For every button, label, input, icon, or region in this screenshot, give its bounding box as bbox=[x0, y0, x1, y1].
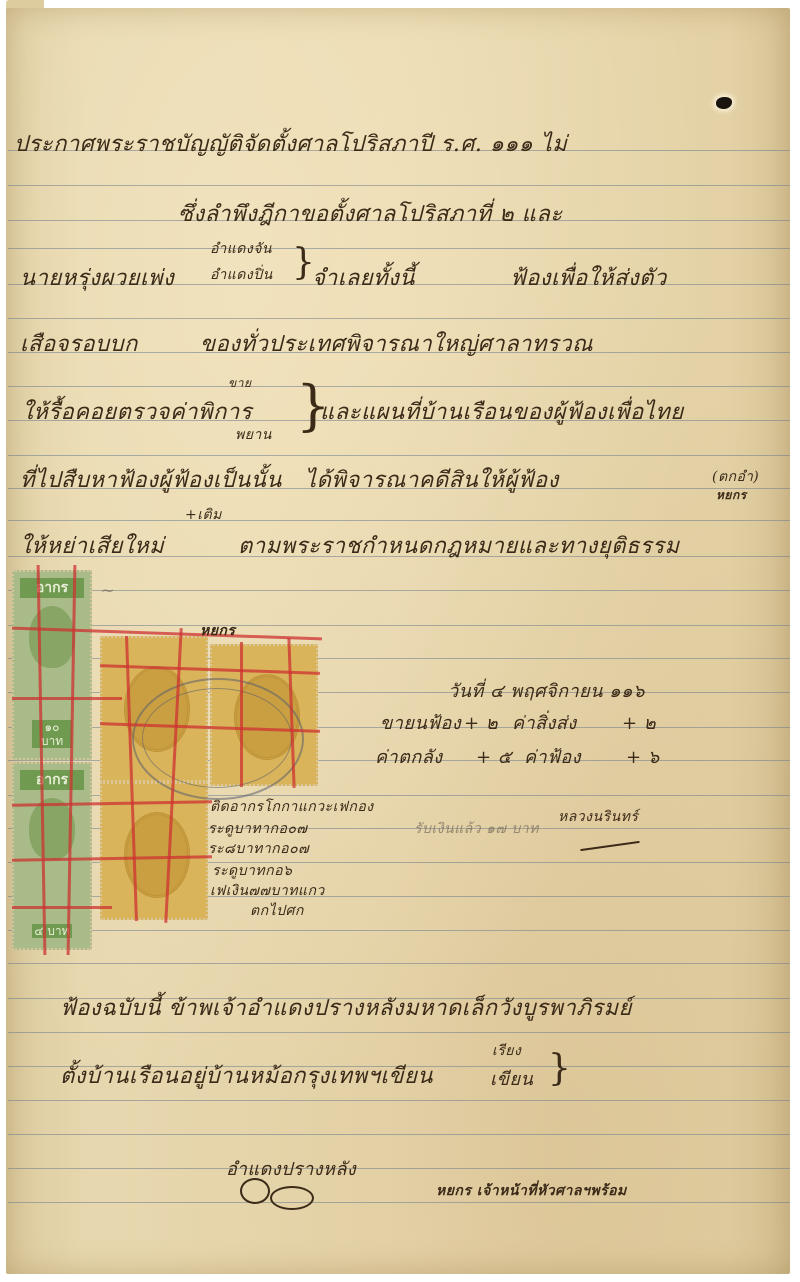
writer-note: หยกร เจ้าหน้าที่หัวศาลฯพร้อม bbox=[436, 1180, 627, 1202]
annotation-line: ระดูบาทกอ๖ bbox=[212, 860, 292, 882]
postmark-ring-inner bbox=[142, 688, 292, 788]
fee-row-1-label: ขายนฟ้อง bbox=[380, 708, 461, 737]
fee-row-1-value-2: + ๒ bbox=[622, 708, 656, 737]
header-line-2: ซึ่งลำพึงฎีกาขอตั้งศาลโปริสภาที่ ๒ และ bbox=[178, 196, 563, 231]
body-line-3-plaintiff: นายหรุ่งผวยเพ่ง bbox=[20, 260, 174, 295]
body-line-6-b: ได้พิจารณาคดีสินให้ผู้ฟ้อง bbox=[305, 462, 559, 497]
body-line-7-insert: +เติม bbox=[185, 504, 222, 526]
fee-row-2-value: + ๕ bbox=[476, 742, 512, 771]
clerk-signature: หลวงนรินทร์ bbox=[558, 806, 638, 828]
body-line-4-a: เสือจรอบบก bbox=[20, 326, 138, 361]
stamp-green-10-baht: อากร ๑๐ บาท bbox=[12, 570, 92, 760]
annotation-line: ระ๘บาทากอ๐๗ bbox=[208, 838, 309, 860]
fee-row-1-value: + ๒ bbox=[464, 708, 498, 737]
bleed-through-text: ~ bbox=[100, 580, 116, 601]
body-line-3-defendants: จำเลยทั้งนี้ bbox=[312, 260, 415, 295]
stamp-green-4-baht: อากร ๔ บาท bbox=[12, 762, 92, 950]
fee-date-line: วันที่ ๔ พฤศจิกายน ๑๑๖ bbox=[448, 676, 645, 705]
body-line-3-defendant-b: อำแดงปิ่น bbox=[210, 264, 273, 286]
body-line-3-claim: ฟ้องเพื่อให้ส่งตัว bbox=[510, 260, 667, 295]
body-line-6-margin-note-below: หยกร bbox=[716, 486, 747, 505]
annotation-line: ตกไปศก bbox=[250, 900, 304, 922]
annotation-line: เฟเงิน๗๗บาทแกว bbox=[210, 880, 325, 902]
body-line-7-b: ตามพระราชกำหนดกฎหมายและทางยุติธรรม bbox=[238, 528, 680, 563]
fee-row-2-value-2: + ๖ bbox=[626, 742, 660, 771]
body-line-4-b: ของทั่วประเทศพิจารณาใหญ่ศาลาทรวณ bbox=[200, 326, 593, 361]
body-line-5-b: และแผนที่บ้านเรือนของผู้ฟ้องเพื่อไทย bbox=[320, 394, 684, 429]
body-line-3-defendant-a: อำแดงจัน bbox=[210, 238, 272, 260]
closing-line-2: ตั้งบ้านเรือนอยู่บ้านหม้อกรุงเทพฯเขียน bbox=[60, 1058, 433, 1093]
brace-icon: } bbox=[548, 1048, 571, 1089]
stamp-value: ๑๐ บาท bbox=[32, 720, 72, 748]
closing-insert-below: เขียน bbox=[490, 1064, 533, 1093]
body-line-5-a: ให้รื้อคอยตรวจค่าพิการ bbox=[22, 394, 252, 429]
annotation-line: ติดอากรโกกาแกวะเฟกอง bbox=[210, 796, 374, 818]
petitioner-signature: อำแดงปรางหลัง bbox=[226, 1154, 356, 1183]
fee-row-1-label-2: ค่าสิ่งส่ง bbox=[512, 708, 577, 737]
annotation-line: ระดูบาทากอ๐๗ bbox=[208, 818, 307, 840]
stamp-note: หยกร bbox=[200, 620, 235, 642]
body-line-5-insert-above: ขาย bbox=[228, 374, 251, 393]
fee-row-2-label: ค่าตกลัง bbox=[375, 742, 443, 771]
signature-loop bbox=[240, 1178, 270, 1204]
body-line-6-a: ที่ไปสืบหาฟ้องผู้ฟ้องเป็นนั้น bbox=[20, 462, 282, 497]
king-portrait-icon bbox=[29, 606, 75, 668]
body-line-7-a: ให้หย่าเสียใหม่ bbox=[20, 528, 164, 563]
closing-line-1: ฟ้องฉบับนี้ ข้าพเจ้าอำแดงปรางหลังมหาดเล็… bbox=[60, 990, 632, 1025]
closing-insert-above: เรียง bbox=[492, 1040, 521, 1062]
header-line-1: ประกาศพระราชบัญญัติจัดตั้งศาลโปริสภาปี ร… bbox=[14, 126, 567, 161]
pencil-receipt-note: รับเงินแล้ว ๑๗ บาท bbox=[414, 818, 539, 840]
fee-row-2-label-2: ค่าฟ้อง bbox=[524, 742, 581, 771]
stamp-banner: อากร bbox=[20, 770, 84, 790]
body-line-5-insert-below: พยาน bbox=[235, 424, 272, 446]
signature-loop bbox=[270, 1186, 314, 1210]
body-line-6-margin-note: (ตกอำ) bbox=[712, 466, 759, 488]
